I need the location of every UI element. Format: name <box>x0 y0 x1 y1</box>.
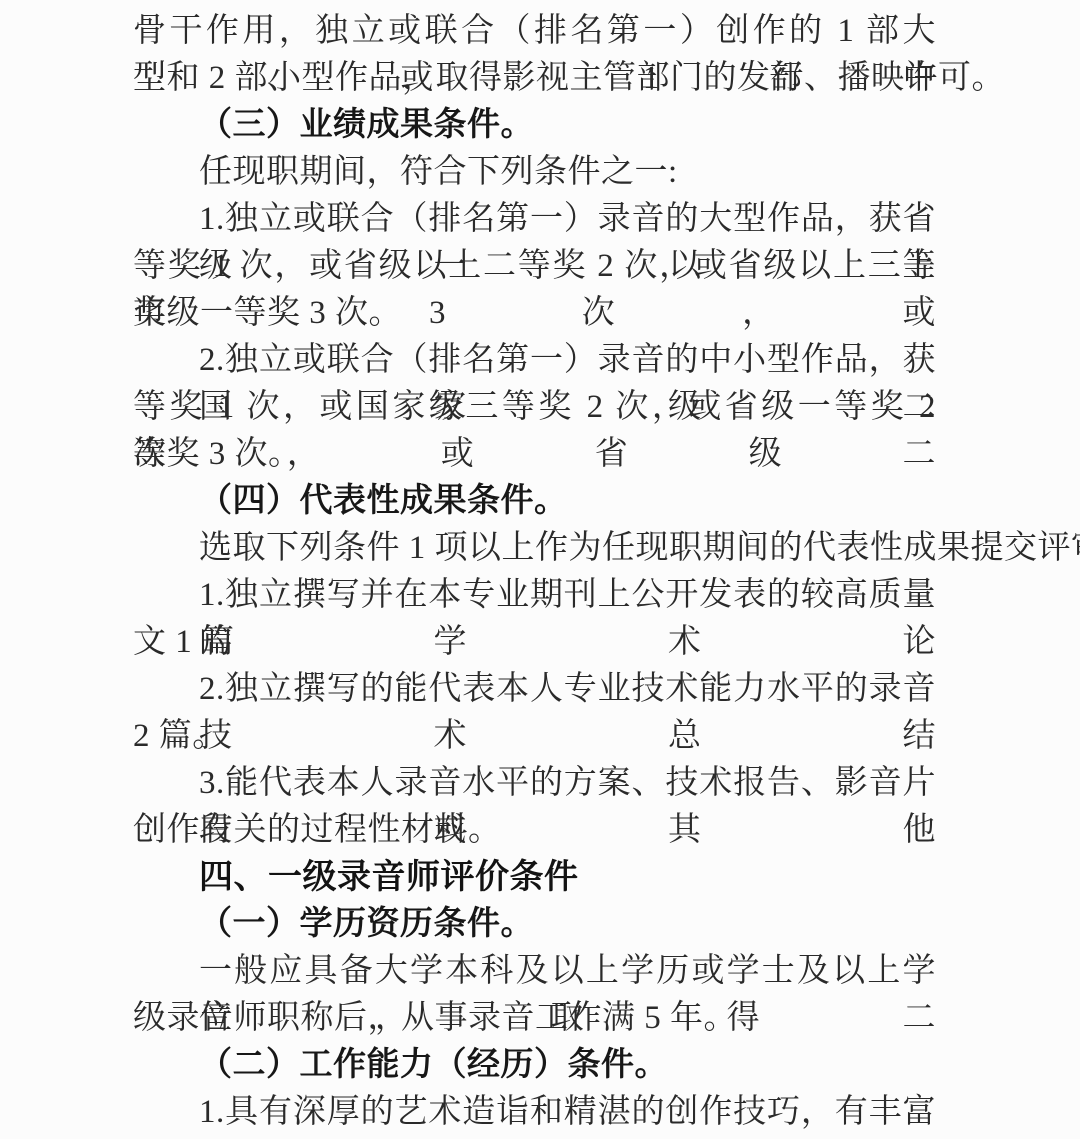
subsection-heading-4: （四）代表性成果条件。 <box>133 478 936 525</box>
list-item-line: 2.独立或联合（排名第一）录音的中小型作品，获国家级二 <box>133 337 936 384</box>
list-item-line: 3.能代表本人录音水平的方案、技术报告、影音片段或其他 <box>133 760 936 807</box>
paragraph-line: 型和 2 部小型作品，取得影视主管部门的发行、播映许可。 <box>133 55 936 102</box>
subsection-heading-3: （三）业绩成果条件。 <box>133 102 936 149</box>
paragraph-line: 等奖 1 次，或国家级三等奖 2 次，或省级一等奖 2 次，或省级二 <box>133 384 936 431</box>
list-item-line: 1.具有深厚的艺术造诣和精湛的创作技巧，有丰富的艺术实 <box>133 1089 936 1136</box>
paragraph-line: 选取下列条件 1 项以上作为任现职期间的代表性成果提交评审: <box>133 525 936 572</box>
list-item-line: 1.独立撰写并在本专业期刊上公开发表的较高质量的学术论 <box>133 572 936 619</box>
section-heading: 四、一级录音师评价条件 <box>133 854 936 901</box>
paragraph-line: 骨干作用，独立或联合（排名第一）创作的 1 部大型、或 1 部中 <box>133 8 936 55</box>
text-block: 骨干作用，独立或联合（排名第一）创作的 1 部大型、或 1 部中 型和 2 部小… <box>133 8 936 1136</box>
list-item-line: 1.独立或联合（排名第一）录音的大型作品，获省级一以上 <box>133 196 936 243</box>
paragraph-line: 一般应具备大学本科及以上学历或学士及以上学位，取得二 <box>133 948 936 995</box>
subsection-heading-1: （一）学历资历条件。 <box>133 901 936 948</box>
paragraph-line: 任现职期间，符合下列条件之一: <box>133 149 936 196</box>
list-item-line: 2.独立撰写的能代表本人专业技术能力水平的录音技术总结 <box>133 666 936 713</box>
document-page: 骨干作用，独立或联合（排名第一）创作的 1 部大型、或 1 部中 型和 2 部小… <box>0 0 1080 1139</box>
subsection-heading-2: （二）工作能力（经历）条件。 <box>133 1042 936 1089</box>
paragraph-line: 等奖 1 次，或省级以上二等奖 2 次，或省级以上三等奖 3 次，或 <box>133 243 936 290</box>
